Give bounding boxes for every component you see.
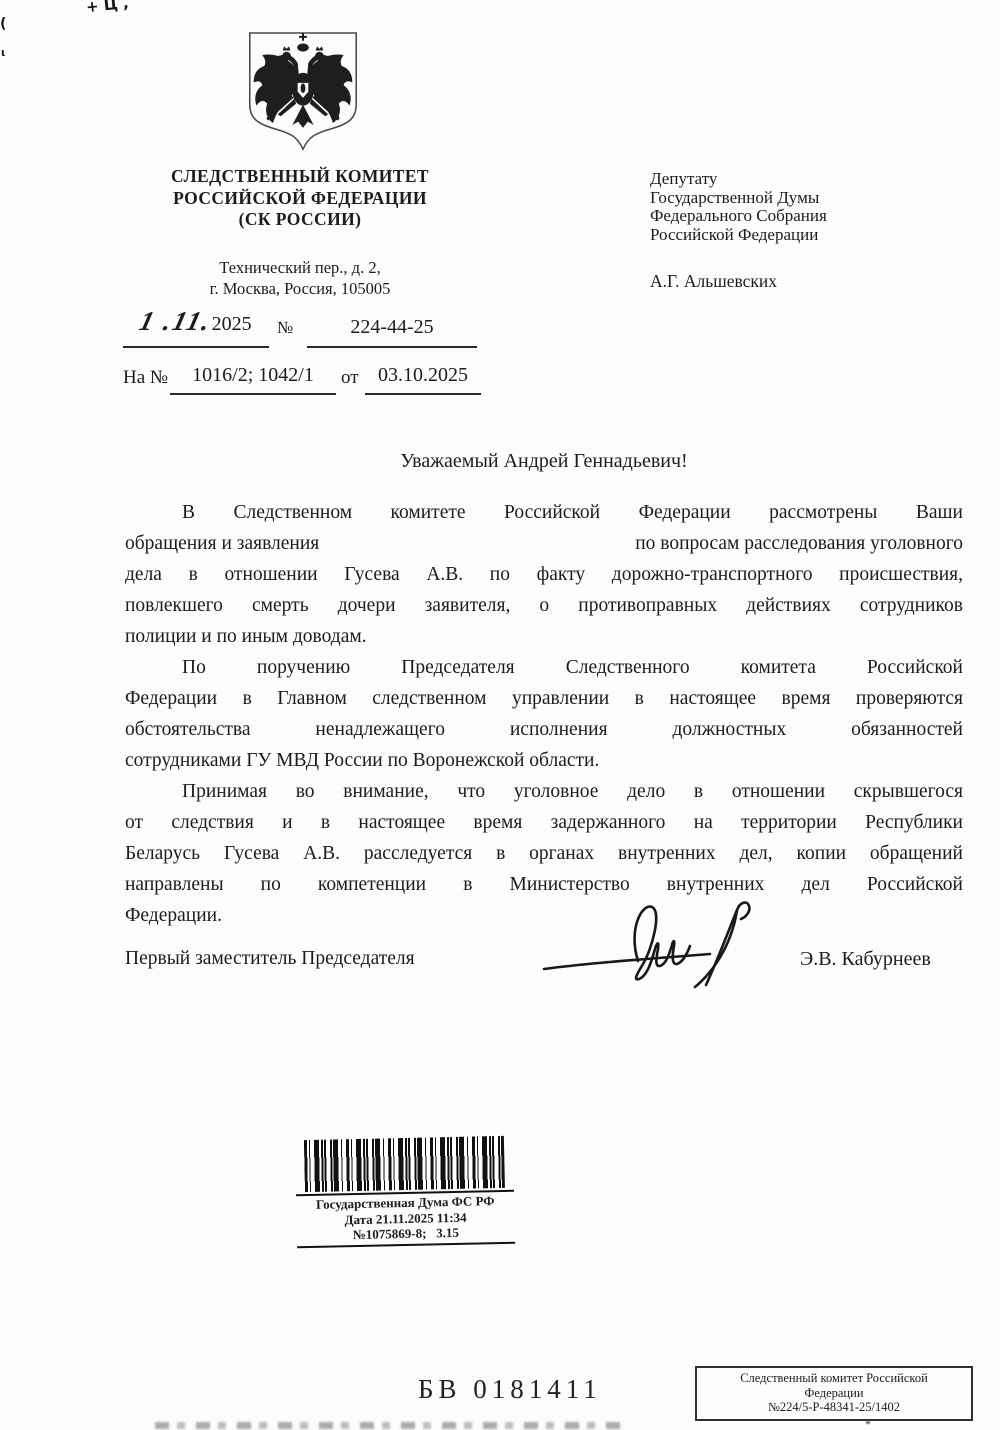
- letterhead-org-name: СЛЕДСТВЕННЫЙ КОМИТЕТ РОССИЙСКОЙ ФЕДЕРАЦИ…: [105, 166, 495, 231]
- org-name-line: СЛЕДСТВЕННЫЙ КОМИТЕТ: [105, 166, 495, 188]
- recipient-block: Депутату Государственной Думы Федерально…: [650, 170, 960, 291]
- address-line: Технический пер., д. 2,: [105, 258, 495, 279]
- stamp-line: Следственный комитет Российской: [699, 1371, 969, 1386]
- body-line: направлены по компетенции в Министерство…: [125, 869, 963, 900]
- salutation: Уважаемый Андрей Геннадьевич!: [125, 450, 963, 473]
- recipient-line: Российской Федерации: [650, 226, 960, 245]
- body-line-right: по вопросам расследования уголовного: [635, 528, 963, 559]
- russia-coat-of-arms-icon: [243, 26, 363, 167]
- date-year: 2025: [212, 313, 252, 335]
- body-line-left: обращения и заявления: [125, 528, 319, 559]
- barcode-icon: [304, 1136, 505, 1192]
- body-line: полиции и по иным доводам.: [125, 621, 963, 652]
- body-line: дела в отношении Гусева А.В. по факту до…: [125, 559, 963, 590]
- org-name-line: (СК РОССИИ): [105, 209, 495, 231]
- ref-date-field: 03.10.2025: [365, 360, 481, 395]
- signer-title: Первый заместитель Председателя: [125, 948, 415, 970]
- stamp-line: Федерации: [699, 1386, 969, 1401]
- number-sign: №: [277, 318, 293, 338]
- left-edge-ink-mark: ι: [1, 46, 5, 59]
- blank-form-number: БВ 0181411: [418, 1374, 602, 1405]
- scan-edge-smudge: [155, 1422, 625, 1429]
- barcode-label: №1075869-8; 3.15: [297, 1224, 515, 1244]
- body-line-with-redaction-gap: обращения и заявления по вопросам рассле…: [125, 528, 963, 559]
- ref-number-field: 1016/2; 1042/1: [170, 360, 336, 395]
- scan-speck: [866, 1421, 870, 1424]
- letter-body: В Следственном комитете Российской Федер…: [125, 497, 963, 931]
- recipient-line: Государственной Думы: [650, 189, 960, 208]
- body-line: Беларусь Гусева А.В. расследуется в орга…: [125, 838, 963, 869]
- body-line: По поручению Председателя Следственного …: [125, 652, 963, 683]
- stamp-line: №224/5-Р-48341-25/1402: [699, 1400, 969, 1415]
- body-line: В Следственном комитете Российской Федер…: [125, 497, 963, 528]
- ref-ot-label: от: [341, 367, 359, 389]
- recipient-name: А.Г. Альшевских: [650, 272, 960, 291]
- handwritten-top-scribble: + Ц ,: [85, 0, 129, 16]
- body-line: обстоятельства ненадлежащего исполнения …: [125, 714, 963, 745]
- body-line: от следствия и в настоящее время задержа…: [125, 807, 963, 838]
- org-name-line: РОССИЙСКОЙ ФЕДЕРАЦИИ: [105, 188, 495, 210]
- recipient-line: Федерального Собрания: [650, 207, 960, 226]
- handwritten-date: 1 .11.: [136, 306, 215, 337]
- body-line: повлекшего смерть дочери заявителя, о пр…: [125, 590, 963, 621]
- registration-stamp-box: Следственный комитет Российской Федераци…: [695, 1366, 973, 1421]
- date-field: 1 .11.2025: [123, 306, 269, 348]
- address-line: г. Москва, Россия, 105005: [105, 279, 495, 300]
- body-line: Принимая во внимание, что уголовное дело…: [125, 776, 963, 807]
- handwritten-signature-icon: [538, 897, 798, 997]
- body-line: Федерации в Главном следственном управле…: [125, 683, 963, 714]
- letterhead-address: Технический пер., д. 2, г. Москва, Росси…: [105, 258, 495, 299]
- scanned-letter-page: + Ц , ( ι: [0, 0, 1000, 1430]
- body-line: сотрудниками ГУ МВД России по Воронежско…: [125, 745, 963, 776]
- left-edge-ink-mark: (: [0, 16, 6, 32]
- barcode-block: Государственная Дума ФС РФ Дата 21.11.20…: [295, 1136, 515, 1249]
- outgoing-number-field: 224-44-25: [307, 310, 477, 348]
- signer-name: Э.В. Кабурнеев: [800, 948, 931, 971]
- ref-prefix: На №: [123, 367, 168, 389]
- recipient-line: Депутату: [650, 170, 960, 189]
